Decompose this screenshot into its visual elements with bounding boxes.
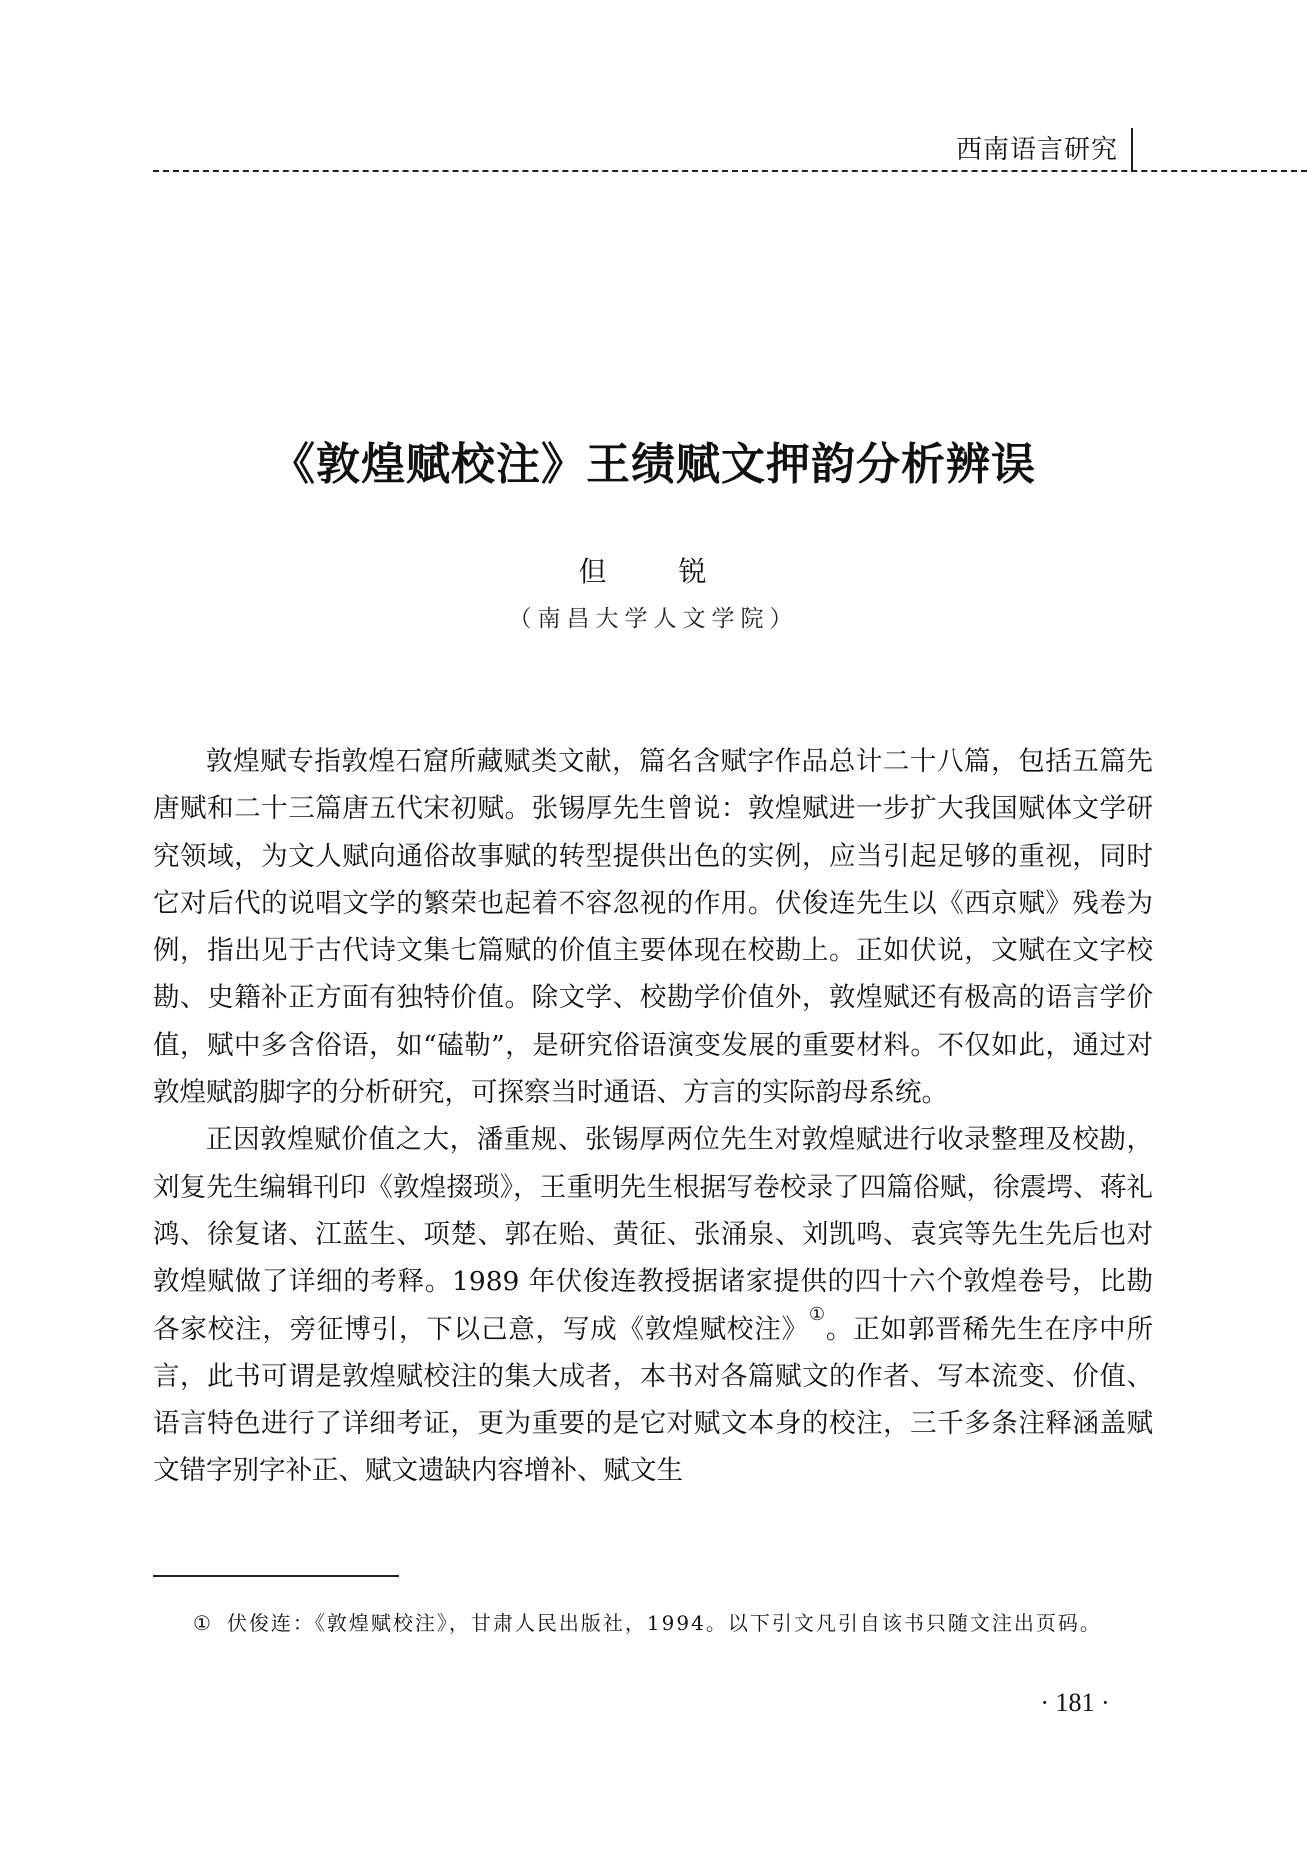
journal-name: 西南语言研究 [956, 129, 1118, 166]
page-number: · 181 · [1000, 1688, 1150, 1718]
paragraph-1: 敦煌赋专指敦煌石窟所藏赋类文献，篇名含赋字作品总计二十八篇，包括五篇先唐赋和二十… [153, 738, 1153, 1116]
article-author: 但 锐 [0, 550, 1307, 590]
footnote: ①伏俊连：《敦煌赋校注》，甘肃人民出版社，1994。以下引文凡引自该书只随文注出… [153, 1605, 1153, 1641]
author-affiliation: （南昌大学人文学院） [0, 600, 1307, 633]
article-title: 《敦煌赋校注》王绩赋文押韵分析辨误 [0, 428, 1307, 492]
header-divider [1131, 128, 1133, 172]
footnote-mark: ① [193, 1611, 213, 1635]
footnote-reference[interactable]: ① [809, 1304, 826, 1325]
footnote-text: 伏俊连：《敦煌赋校注》，甘肃人民出版社，1994。以下引文凡引自该书只随文注出页… [227, 1611, 1102, 1635]
header-dashed-rule [153, 170, 1307, 172]
footnote-divider [153, 1575, 399, 1577]
article-body: 敦煌赋专指敦煌石窟所藏赋类文献，篇名含赋字作品总计二十八篇，包括五篇先唐赋和二十… [153, 738, 1153, 1495]
paragraph-2-text-a: 正因敦煌赋价值之大，潘重规、张锡厚两位先生对敦煌赋进行收录整理及校勘，刘复先生编… [153, 1124, 1153, 1344]
paragraph-2: 正因敦煌赋价值之大，潘重规、张锡厚两位先生对敦煌赋进行收录整理及校勘，刘复先生编… [153, 1116, 1153, 1494]
running-header: 西南语言研究 [153, 120, 1307, 172]
